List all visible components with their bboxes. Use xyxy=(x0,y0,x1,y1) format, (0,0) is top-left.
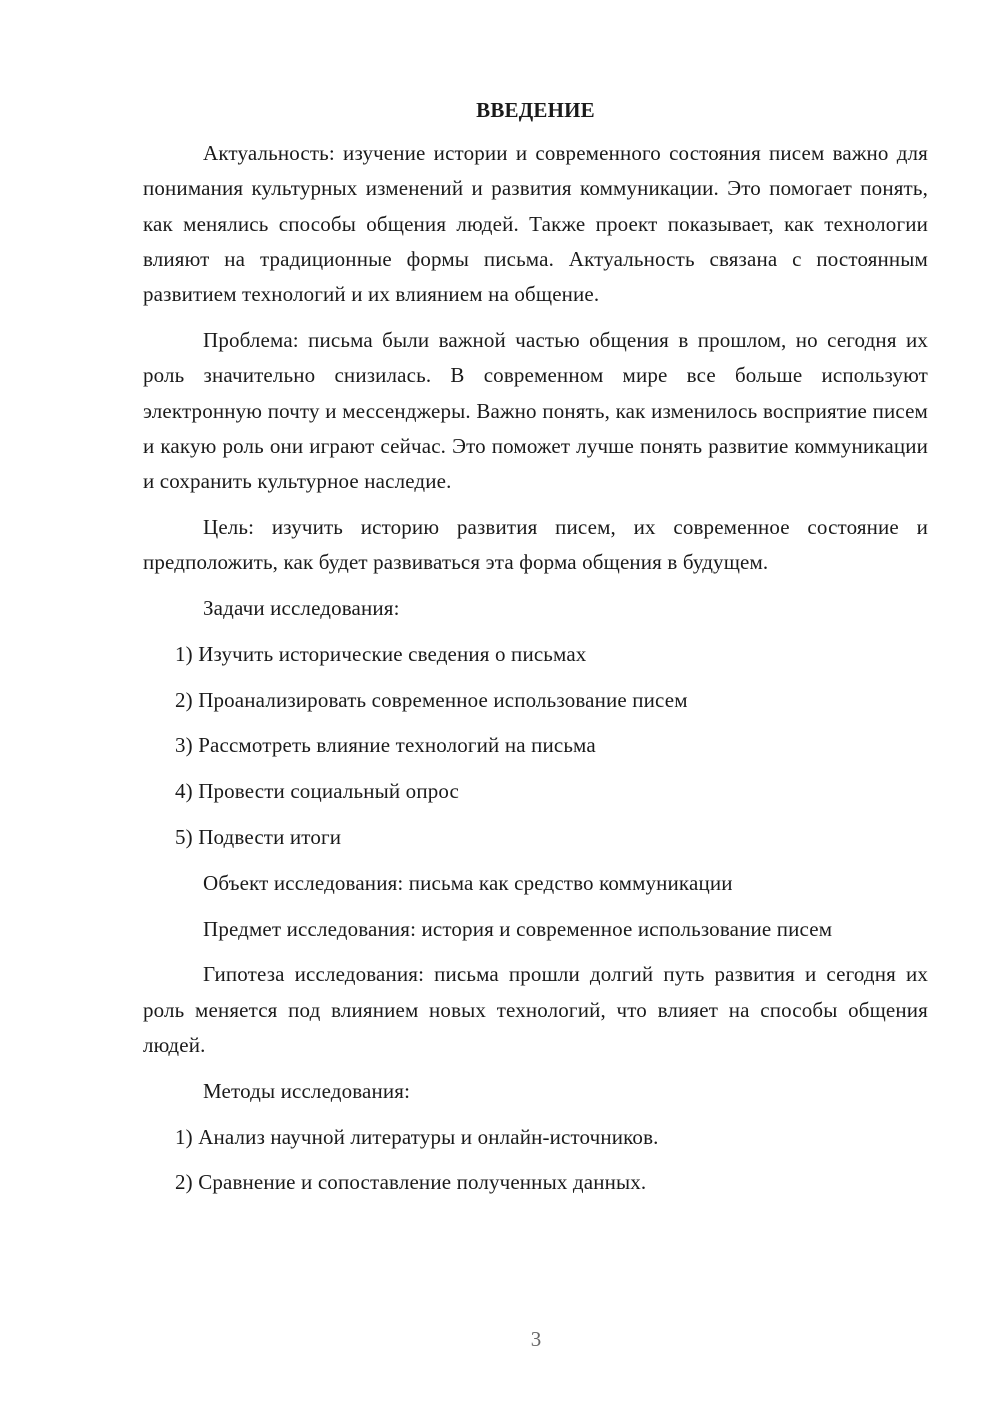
tasks-heading: Задачи исследования: xyxy=(143,591,928,626)
method-item: 2) Сравнение и сопоставление полученных … xyxy=(143,1165,928,1200)
task-item: 1) Изучить исторические сведения о письм… xyxy=(143,637,928,672)
method-item: 1) Анализ научной литературы и онлайн-ис… xyxy=(143,1120,928,1155)
document-page: ВВЕДЕНИЕ Актуальность: изучение истории … xyxy=(143,95,928,1211)
task-item: 5) Подвести итоги xyxy=(143,820,928,855)
goal-paragraph: Цель: изучить историю развития писем, их… xyxy=(143,510,928,581)
tasks-list: 1) Изучить исторические сведения о письм… xyxy=(143,637,928,855)
relevance-paragraph: Актуальность: изучение истории и совреме… xyxy=(143,136,928,312)
methods-list: 1) Анализ научной литературы и онлайн-ис… xyxy=(143,1120,928,1201)
page-number: 3 xyxy=(0,1327,1000,1352)
object-paragraph: Объект исследования: письма как средство… xyxy=(143,866,928,901)
subject-paragraph: Предмет исследования: история и современ… xyxy=(143,912,928,947)
hypothesis-paragraph: Гипотеза исследования: письма прошли дол… xyxy=(143,957,928,1063)
problem-paragraph: Проблема: письма были важной частью обще… xyxy=(143,323,928,499)
methods-heading: Методы исследования: xyxy=(143,1074,928,1109)
section-title: ВВЕДЕНИЕ xyxy=(143,95,928,125)
task-item: 3) Рассмотреть влияние технологий на пис… xyxy=(143,728,928,763)
task-item: 4) Провести социальный опрос xyxy=(143,774,928,809)
task-item: 2) Проанализировать современное использо… xyxy=(143,683,928,718)
